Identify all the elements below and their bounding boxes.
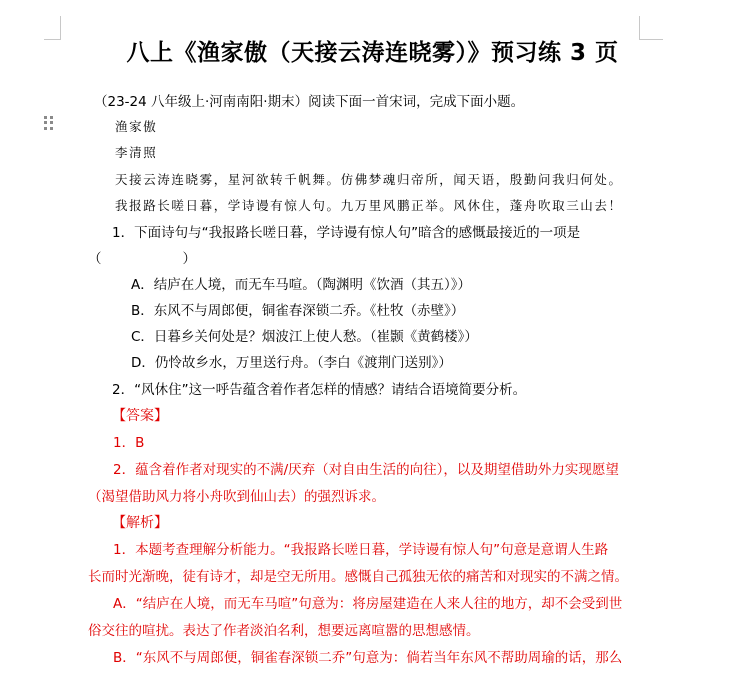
- question-1-option-b: B．东风不与周郎便，铜雀春深锁二乔。《杜牧（赤壁》）: [131, 301, 464, 321]
- question-2-stem: 2．“风休住”这一呼告蕴含着作者怎样的情感？请结合语境简要分析。: [112, 380, 526, 400]
- answer-item: （渴望借助风力将小舟吹到仙山去）的强烈诉求。: [88, 487, 385, 507]
- analysis-line: 俗交往的喧扰。表达了作者淡泊名利，想要远离喧嚣的思想感情。: [88, 621, 480, 641]
- question-1-option-c: C．日暮乡关何处是？烟波江上使人愁。（崔颢《黄鹤楼》）: [131, 327, 478, 347]
- analysis-line: 1．本题考查理解分析能力。“我报路长嗟日暮，学诗谩有惊人句”句意是意谓人生路: [113, 540, 608, 560]
- analysis-line: B．“东风不与周郎便，铜雀春深锁二乔”句意为：倘若当年东风不帮助周瑜的话，那么: [113, 648, 622, 668]
- document-title: 八上《渔家傲（天接云涛连晓雾）》预习练 3 页: [0, 34, 745, 67]
- analysis-line: A．“结庐在人境，而无车马喧”句意为：将房屋建造在人来人往的地方，却不会受到世: [113, 594, 622, 614]
- poem-author: 李清照: [115, 143, 157, 163]
- analysis-line: 长而时光渐晚，徒有诗才，却是空无所用。感慨自己孤独无依的痛苦和对现实的不满之情。: [88, 567, 628, 587]
- analysis-heading: 【解析】: [112, 513, 168, 533]
- answer-item: 1．B: [113, 433, 144, 453]
- document-page: 八上《渔家傲（天接云涛连晓雾）》预习练 3 页 （23-24 八年级上·河南南阳…: [0, 0, 745, 678]
- question-1-blank: （ ）: [88, 249, 196, 269]
- poem-line: 天接云涛连晓雾，星河欲转千帆舞。仿佛梦魂归帝所，闻天语，殷勤问我归何处。: [115, 170, 623, 190]
- question-1-option-d: D．仍怜故乡水，万里送行舟。（李白《渡荆门送别》）: [131, 353, 452, 373]
- answer-item: 2．蕴含着作者对现实的不满/厌弃（对自由生活的向往），以及期望借助外力实现愿望: [113, 460, 619, 480]
- question-1-stem: 1．下面诗句与“我报路长嗟日暮，学诗谩有惊人句”暗含的感慨最接近的一项是: [112, 223, 580, 243]
- poem-line: 我报路长嗟日暮，学诗谩有惊人句。九万里风鹏正举。风休住，蓬舟吹取三山去！: [115, 196, 623, 216]
- source-line: （23-24 八年级上·河南南阳·期末）阅读下面一首宋词，完成下面小题。: [94, 92, 524, 112]
- paragraph-drag-handle-icon[interactable]: [44, 116, 54, 130]
- question-1-option-a: A．结庐在人境，而无车马喧。（陶渊明《饮酒（其五）》）: [131, 275, 471, 295]
- answer-heading: 【答案】: [112, 406, 168, 426]
- poem-name: 渔家傲: [115, 117, 157, 137]
